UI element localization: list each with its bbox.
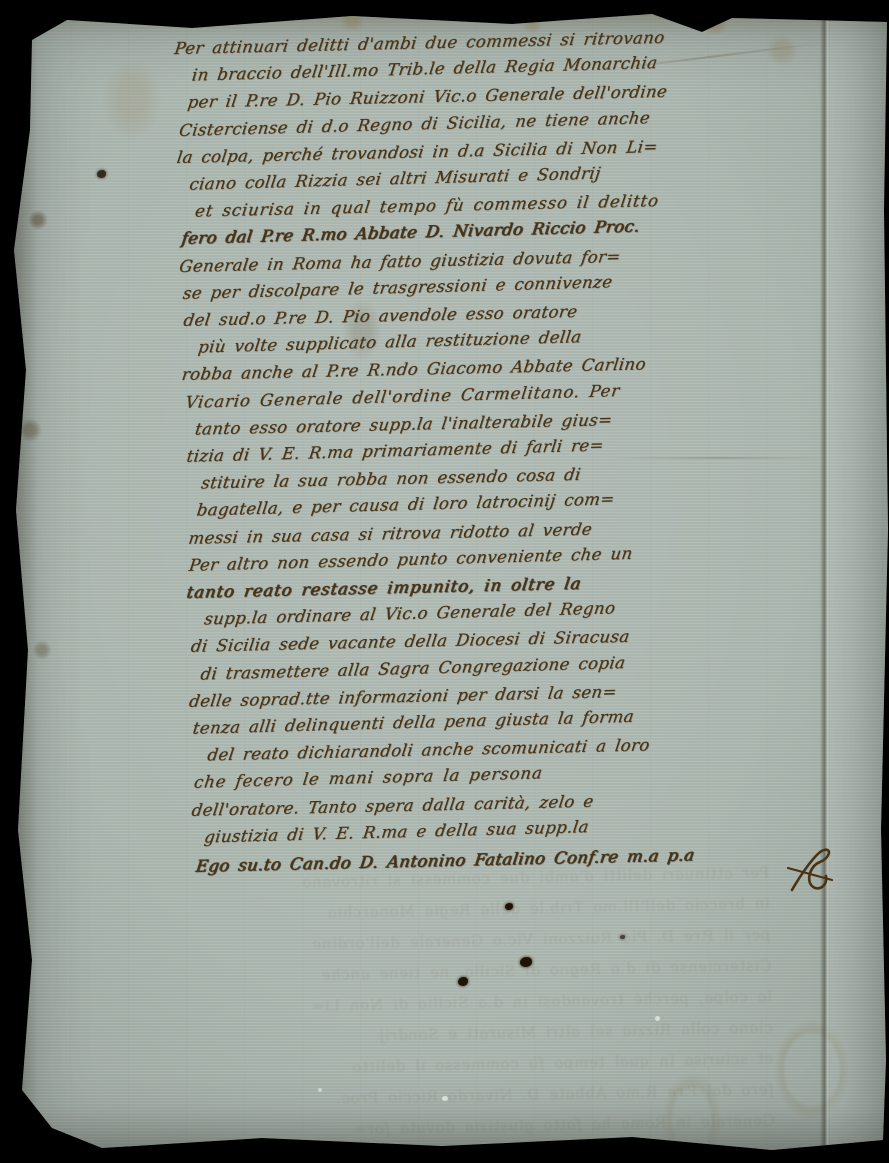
bleedthrough-line: per il P.re D. Pio Ruizzoni Vic.o Genera… — [39, 919, 773, 965]
bleedthrough-line: la colpa, perché trovandosi in d.a Sicil… — [40, 981, 774, 1027]
signature-flourish — [786, 846, 836, 902]
paper-speck — [655, 1016, 660, 1021]
ink-blot — [520, 957, 532, 967]
manuscript-text: Per attinuari delitti d'ambi due commess… — [175, 20, 846, 880]
paper-speck — [318, 1088, 322, 1092]
paper-speck — [442, 1096, 448, 1101]
bleedthrough-line: ciano colla Rizzia sei altri Misurati e … — [41, 1012, 775, 1058]
ink-blot — [505, 903, 513, 910]
ink-blot — [620, 935, 625, 939]
ink-blot — [458, 977, 468, 986]
scan-canvas: { "manuscript": { "lines": [ "Per attinu… — [0, 0, 889, 1163]
bleedthrough-line: in braccio dell'Ill.mo Trib.le della Reg… — [38, 888, 772, 934]
bleedthrough-line: fero dal P.re R.mo Abbate D. Nivardo Ric… — [42, 1074, 776, 1120]
manuscript-page: Per attinuari delitti d'ambi due commess… — [12, 10, 889, 1152]
ink-blot — [97, 170, 106, 178]
bleedthrough-line: Generale in Roma ha fatto giustizia dovu… — [43, 1105, 777, 1151]
bleedthrough-line: et sciurisa in qual tempo fù commesso il… — [41, 1043, 775, 1089]
bleedthrough-line: Cisterciense di d.o Regno di Sicilia, ne… — [39, 950, 773, 996]
bleedthrough-text: Per attinuari delitti d'ambi due commess… — [39, 857, 775, 1151]
